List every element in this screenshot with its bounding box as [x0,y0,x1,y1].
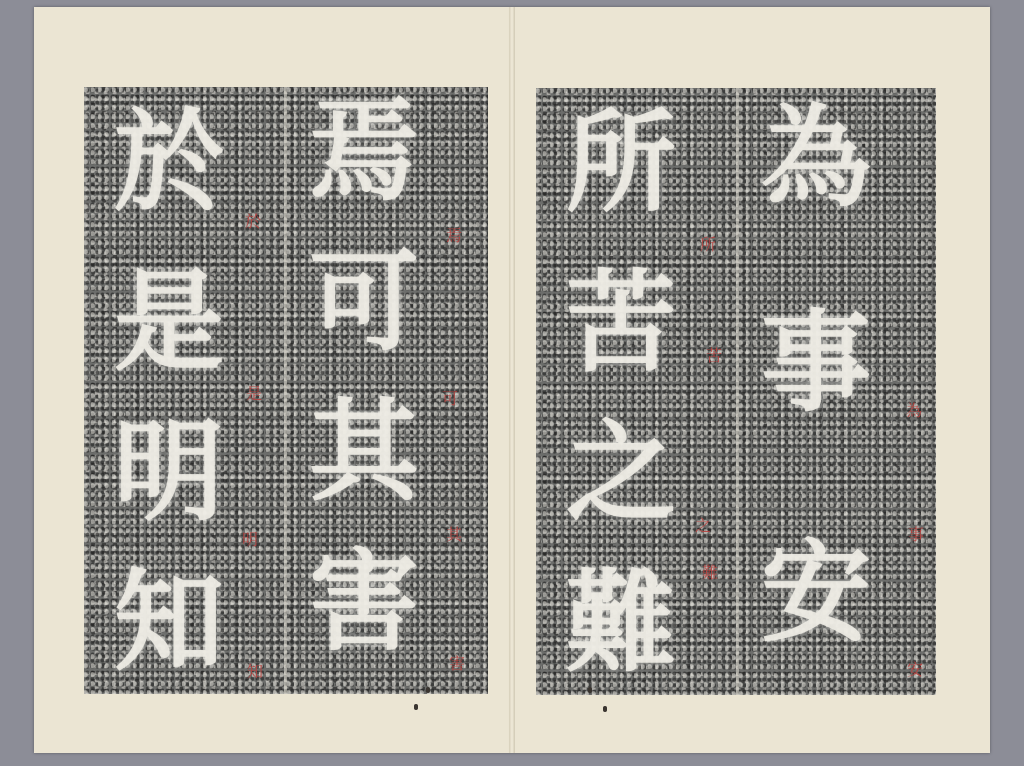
red-annotation: 為 [906,403,922,419]
column-divider [736,88,739,695]
rubbing-char: 於 [114,107,224,217]
red-annotation: 明 [242,532,258,548]
column-divider [284,87,287,694]
left-rubbing: 焉 可 其 害 於 是 明 知 [84,87,488,694]
binding-hole [426,687,430,693]
rubbing-char: 焉 [309,97,419,207]
red-annotation: 是 [246,386,262,402]
red-annotation: 其 [446,527,462,543]
rubbing-char: 其 [309,397,419,507]
binding-hole [603,706,607,712]
right-rubbing: 為 事 安 所 苦 之 難 [536,88,936,695]
red-annotation: 於 [245,214,261,230]
rubbing-char: 知 [114,567,224,677]
rubbing-char: 安 [761,538,871,648]
rubbing-char: 難 [566,568,676,678]
rubbing-char: 明 [114,417,224,527]
red-annotation: 事 [908,527,924,543]
red-annotation: 所 [700,237,716,253]
red-annotation: 焉 [446,228,462,244]
rubbing-char: 可 [309,247,419,357]
rubbing-char: 是 [114,267,224,377]
red-annotation: 可 [442,391,458,407]
red-annotation: 安 [907,662,923,678]
rubbing-char: 苦 [566,268,676,378]
rubbing-char: 事 [761,308,871,418]
red-annotation: 害 [449,656,465,672]
red-annotation: 苦 [706,348,722,364]
rubbing-char: 害 [309,547,419,657]
red-annotation: 之 [695,518,711,534]
rubbing-char: 所 [566,108,676,218]
book-gutter [509,7,515,753]
binding-hole [588,687,592,693]
rubbing-char: 之 [566,418,676,528]
red-annotation: 知 [247,664,263,680]
binding-hole [414,704,418,710]
rubbing-char: 為 [761,103,871,213]
red-annotation: 難 [702,565,718,581]
